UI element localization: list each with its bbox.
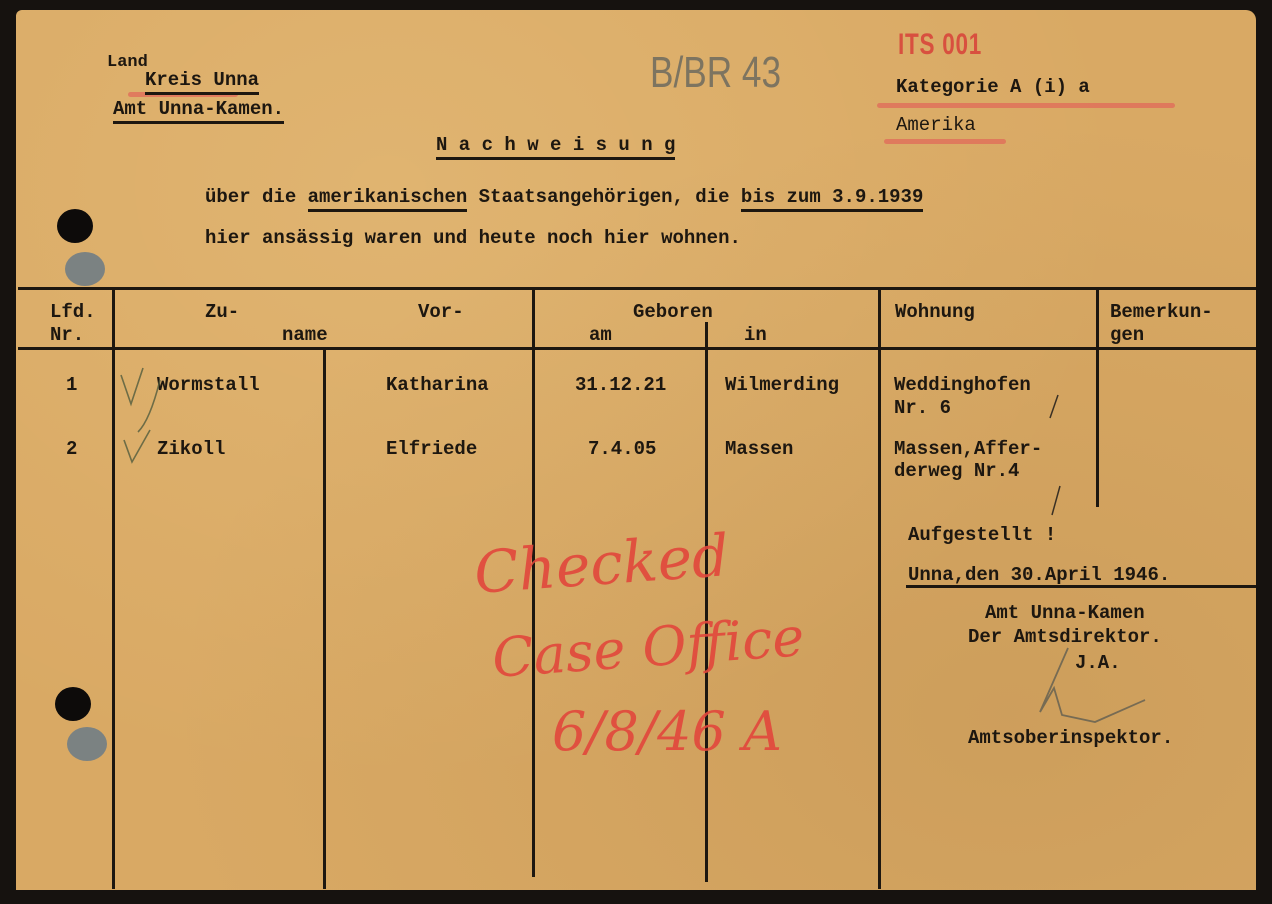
ja-label: J.A. [1075,652,1121,674]
col-divider-zuname [323,349,326,889]
header-lfd: Lfd. [50,301,96,323]
col-divider-geb-am [705,322,708,882]
row-wohnung-1: Massen,Affer- [894,438,1042,460]
row-geb-in: Wilmerding [725,374,839,396]
row-nr: 2 [66,438,77,460]
intro-underlined-nationality: amerikanischen [308,186,468,212]
pencil-reference: B/BR 43 [650,48,781,98]
row-geb-in: Massen [725,438,793,460]
place-date: Unna,den 30.April 1946. [908,564,1170,586]
amt-label: Amt Unna-Kamen. [113,98,284,124]
col-divider-nr [112,287,115,889]
land-label: Land [107,53,148,72]
row-zuname: Zikoll [157,438,225,460]
col-divider-geb-in [878,287,881,889]
kategorie-label: Kategorie A (i) a [896,76,1090,98]
red-underline-kategorie [877,103,1175,108]
intro-line-1: über die amerikanischen Staatsangehörige… [205,186,923,208]
row-wohnung-1: Weddinghofen [894,374,1031,396]
punch-hole-mark-bottom [67,727,107,761]
intro-text-a: über die [205,186,296,208]
red-underline-country [884,139,1006,144]
row-wohnung-2: derweg Nr.4 [894,460,1019,482]
aufgestellt-label: Aufgestellt ! [908,524,1056,546]
row-geb-am: 31.12.21 [575,374,666,396]
row-wohnung-2: Nr. 6 [894,397,951,419]
punch-hole-bottom [55,687,91,721]
signatory-title: Amtsoberinspektor. [968,727,1173,749]
header-nr: Nr. [50,324,84,346]
col-divider-wohnung [1096,287,1099,507]
header-bemerkungen-2: gen [1110,324,1144,346]
header-name: name [282,324,328,346]
document-title: N a c h w e i s u n g [436,134,675,160]
row-geb-am: 7.4.05 [588,438,656,460]
kreis-label: Kreis Unna [145,69,259,95]
intro-line-2: hier ansässig waren und heute noch hier … [205,227,741,249]
office-name: Amt Unna-Kamen [985,602,1145,624]
table-header-border [18,347,1256,350]
row-nr: 1 [66,374,77,396]
header-am: am [589,324,612,346]
row-vorname: Elfriede [386,438,477,460]
director-title: Der Amtsdirektor. [968,626,1162,648]
checked-annotation-line3: 6/8/46 A [552,700,782,763]
header-vor: Vor- [418,301,464,323]
table-top-border [18,287,1256,290]
intro-text-b: Staatsangehörigen, die [479,186,730,208]
row-vorname: Katharina [386,374,489,396]
its-stamp: ITS 001 [898,28,982,62]
punch-hole-top [57,209,93,243]
header-bemerkungen-1: Bemerkun- [1110,301,1213,323]
header-wohnung: Wohnung [895,301,975,323]
intro-underlined-date: bis zum 3.9.1939 [741,186,923,212]
row-zuname: Wormstall [157,374,260,396]
header-in: in [744,324,767,346]
header-zu: Zu- [205,301,239,323]
header-geboren: Geboren [633,301,713,323]
country-label: Amerika [896,114,976,136]
punch-hole-mark-top [65,252,105,286]
